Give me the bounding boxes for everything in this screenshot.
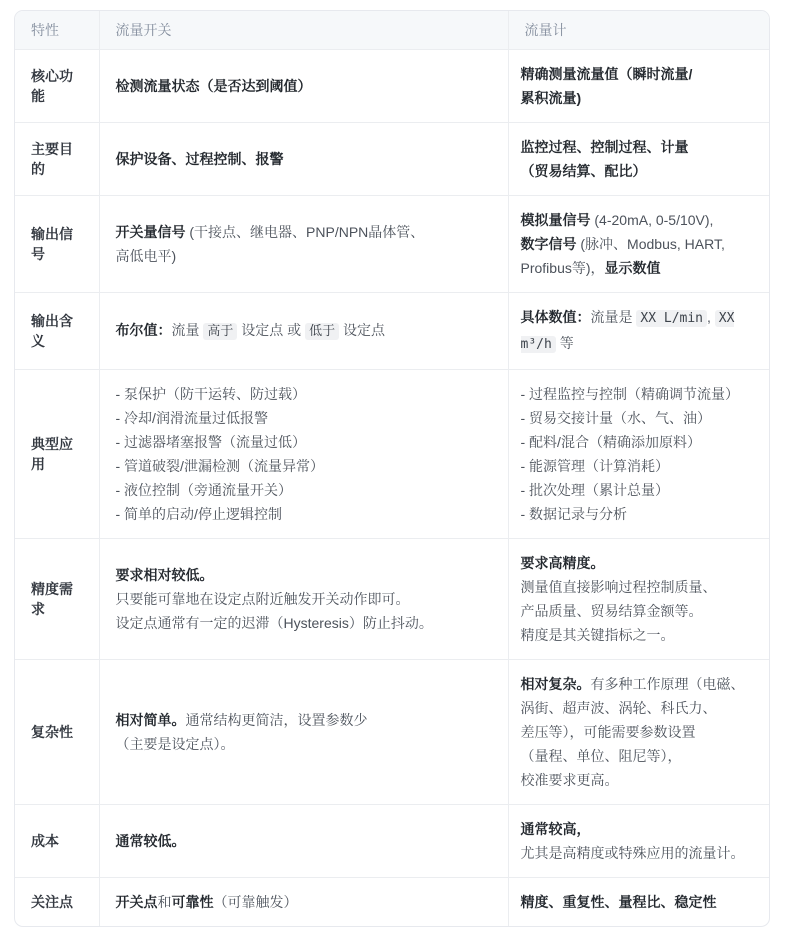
text-segment: 尤其是高精度或特殊应用的流量计。: [521, 845, 745, 861]
flow-switch-cell: 相对简单。通常结构更简洁，设置参数少（主要是设定点）。: [99, 660, 508, 805]
flow-meter-cell: 精度、重复性、量程比、稳定性: [508, 878, 769, 927]
text-segment: 校准要求更高。: [521, 772, 619, 788]
table-row-core-function: 核心功能 检测流量状态（是否达到阈值） 精确测量流量值（瞬时流量/累积流量): [15, 50, 769, 123]
flow-switch-cell: 布尔值：流量 高于 设定点 或 低于 设定点: [99, 293, 508, 370]
flow-switch-cell: 开关量信号 (干接点、继电器、PNP/NPN晶体管、高低电平): [99, 196, 508, 293]
flow-switch-cell: 要求相对较低。只要能可靠地在设定点附近触发开关动作即可。设定点通常有一定的迟滞（…: [99, 539, 508, 660]
flow-switch-vs-flow-meter-table: 特性 流量开关 流量计 核心功能 检测流量状态（是否达到阈值） 精确测量流量值（…: [15, 11, 769, 926]
table-row-typical-applications: 典型应用 - 泵保护（防干运转、防过载）- 冷却/润滑流量过低报警- 过滤器堵塞…: [15, 370, 769, 539]
text-segment: (脉冲、Modbus, HART,: [577, 236, 725, 252]
text-segment: 只要能可靠地在设定点附近触发开关动作即可。: [116, 591, 410, 607]
table-row-complexity: 复杂性 相对简单。通常结构更简洁，设置参数少（主要是设定点）。 相对复杂。有多种…: [15, 660, 769, 805]
text-segment: (干接点、继电器、PNP/NPN晶体管、: [186, 224, 425, 240]
text-segment: 产品质量、贸易结算金额等。: [521, 603, 703, 619]
text-segment: 设定点 或: [237, 322, 305, 338]
column-header-flow-meter: 流量计: [508, 11, 769, 50]
text-segment: - 数据记录与分析: [521, 506, 628, 522]
text-segment: 精确测量流量值（瞬时流量/: [521, 66, 693, 82]
flow-switch-cell: 检测流量状态（是否达到阈值）: [99, 50, 508, 123]
text-segment: 数字信号: [521, 236, 577, 252]
text-segment: 检测流量状态（是否达到阈值）: [116, 78, 312, 94]
row-label: 输出含义: [15, 293, 99, 370]
header-row: 特性 流量开关 流量计: [15, 11, 769, 50]
flow-switch-cell: - 泵保护（防干运转、防过载）- 冷却/润滑流量过低报警- 过滤器堵塞报警（流量…: [99, 370, 508, 539]
text-segment: - 贸易交接计量（水、气、油）: [521, 410, 712, 426]
text-segment: 通常较低。: [116, 833, 186, 849]
text-segment: 要求相对较低。: [116, 567, 214, 583]
flow-meter-cell: 相对复杂。有多种工作原理（电磁、涡街、超声波、涡轮、科氏力、差压等），可能需要参…: [508, 660, 769, 805]
flow-meter-cell: 要求高精度。测量值直接影响过程控制质量、产品质量、贸易结算金额等。精度是其关键指…: [508, 539, 769, 660]
text-segment: 等: [556, 335, 574, 351]
text-segment: 和: [158, 894, 172, 910]
text-segment: 高低电平): [116, 248, 177, 264]
text-segment: 测量值直接影响过程控制质量、: [521, 579, 717, 595]
inline-code: XX L/min: [636, 310, 707, 327]
text-segment: （量程、单位、阻尼等），: [521, 748, 682, 764]
table-body: 核心功能 检测流量状态（是否达到阈值） 精确测量流量值（瞬时流量/累积流量) 主…: [15, 50, 769, 927]
text-segment: 布尔值：: [116, 322, 172, 338]
flow-meter-cell: - 过程监控与控制（精确调节流量）- 贸易交接计量（水、气、油）- 配料/混合（…: [508, 370, 769, 539]
text-segment: - 简单的启动/停止逻辑控制: [116, 506, 282, 522]
text-segment: 通常较高，: [521, 821, 591, 837]
table-row-main-purpose: 主要目的 保护设备、过程控制、报警 监控过程、控制过程、计量（贸易结算、配比）: [15, 123, 769, 196]
flow-meter-cell: 具体数值：流量是 XX L/min, XX m³/h 等: [508, 293, 769, 370]
text-segment: 具体数值：: [521, 309, 591, 325]
text-segment: （贸易结算、配比）: [521, 163, 647, 179]
text-segment: 有多种工作原理（电磁、: [591, 676, 745, 692]
text-segment: 模拟量信号: [521, 212, 591, 228]
text-segment: (4-20mA, 0-5/10V),: [591, 212, 714, 228]
flow-meter-cell: 监控过程、控制过程、计量（贸易结算、配比）: [508, 123, 769, 196]
text-segment: 流量: [172, 322, 204, 338]
table-header: 特性 流量开关 流量计: [15, 11, 769, 50]
text-segment: 监控过程、控制过程、计量: [521, 139, 689, 155]
inline-code: 低于: [305, 323, 339, 340]
comparison-table-container: 特性 流量开关 流量计 核心功能 检测流量状态（是否达到阈值） 精确测量流量值（…: [14, 10, 770, 927]
text-segment: - 能源管理（计算消耗）: [521, 458, 670, 474]
table-row-output-signal: 输出信号 开关量信号 (干接点、继电器、PNP/NPN晶体管、高低电平) 模拟量…: [15, 196, 769, 293]
column-header-feature: 特性: [15, 11, 99, 50]
text-segment: （主要是设定点）。: [116, 736, 235, 752]
text-segment: - 冷却/润滑流量过低报警: [116, 410, 268, 426]
text-segment: 差压等），可能需要参数设置: [521, 724, 696, 740]
text-segment: - 管道破裂/泄漏检测（流量异常）: [116, 458, 324, 474]
text-segment: - 过滤器堵塞报警（流量过低）: [116, 434, 307, 450]
text-segment: - 配料/混合（精确添加原料）: [521, 434, 701, 450]
text-segment: 开关点: [116, 894, 158, 910]
text-segment: （可靠触发）: [214, 894, 298, 910]
inline-code: 高于: [203, 323, 237, 340]
text-segment: 设定点: [339, 322, 385, 338]
flow-meter-cell: 模拟量信号 (4-20mA, 0-5/10V),数字信号 (脉冲、Modbus,…: [508, 196, 769, 293]
table-row-output-meaning: 输出含义 布尔值：流量 高于 设定点 或 低于 设定点 具体数值：流量是 XX …: [15, 293, 769, 370]
text-segment: - 过程监控与控制（精确调节流量）: [521, 386, 740, 402]
row-label: 精度需求: [15, 539, 99, 660]
text-segment: 精度、重复性、量程比、稳定性: [521, 894, 717, 910]
flow-meter-cell: 通常较高，尤其是高精度或特殊应用的流量计。: [508, 805, 769, 878]
text-segment: 累积流量): [521, 90, 582, 106]
text-segment: 要求高精度。: [521, 555, 605, 571]
row-label: 主要目的: [15, 123, 99, 196]
text-segment: 流量是: [591, 309, 637, 325]
text-segment: 开关量信号: [116, 224, 186, 240]
table-row-cost: 成本 通常较低。 通常较高，尤其是高精度或特殊应用的流量计。: [15, 805, 769, 878]
text-segment: ,: [707, 309, 715, 325]
text-segment: - 泵保护（防干运转、防过载）: [116, 386, 307, 402]
flow-meter-cell: 精确测量流量值（瞬时流量/累积流量): [508, 50, 769, 123]
column-header-flow-switch: 流量开关: [99, 11, 508, 50]
text-segment: 设定点通常有一定的迟滞（Hysteresis）防止抖动。: [116, 615, 433, 631]
text-segment: 相对复杂。: [521, 676, 591, 692]
row-label: 典型应用: [15, 370, 99, 539]
row-label: 核心功能: [15, 50, 99, 123]
text-segment: - 批次处理（累计总量）: [521, 482, 670, 498]
text-segment: 通常结构更简洁，设置参数少: [186, 712, 368, 728]
text-segment: 相对简单。: [116, 712, 186, 728]
table-row-focus-point: 关注点 开关点和可靠性（可靠触发） 精度、重复性、量程比、稳定性: [15, 878, 769, 927]
flow-switch-cell: 保护设备、过程控制、报警: [99, 123, 508, 196]
text-segment: 涡街、超声波、涡轮、科氏力、: [521, 700, 717, 716]
flow-switch-cell: 开关点和可靠性（可靠触发）: [99, 878, 508, 927]
table-row-accuracy-requirement: 精度需求 要求相对较低。只要能可靠地在设定点附近触发开关动作即可。设定点通常有一…: [15, 539, 769, 660]
row-label: 输出信号: [15, 196, 99, 293]
text-segment: 精度是其关键指标之一。: [521, 627, 675, 643]
text-segment: 可靠性: [172, 894, 214, 910]
text-segment: 保护设备、过程控制、报警: [116, 151, 284, 167]
row-label: 成本: [15, 805, 99, 878]
row-label: 关注点: [15, 878, 99, 927]
text-segment: 显示数值: [605, 260, 661, 276]
flow-switch-cell: 通常较低。: [99, 805, 508, 878]
text-segment: Profibus等)，: [521, 260, 605, 276]
text-segment: - 液位控制（旁通流量开关）: [116, 482, 293, 498]
row-label: 复杂性: [15, 660, 99, 805]
